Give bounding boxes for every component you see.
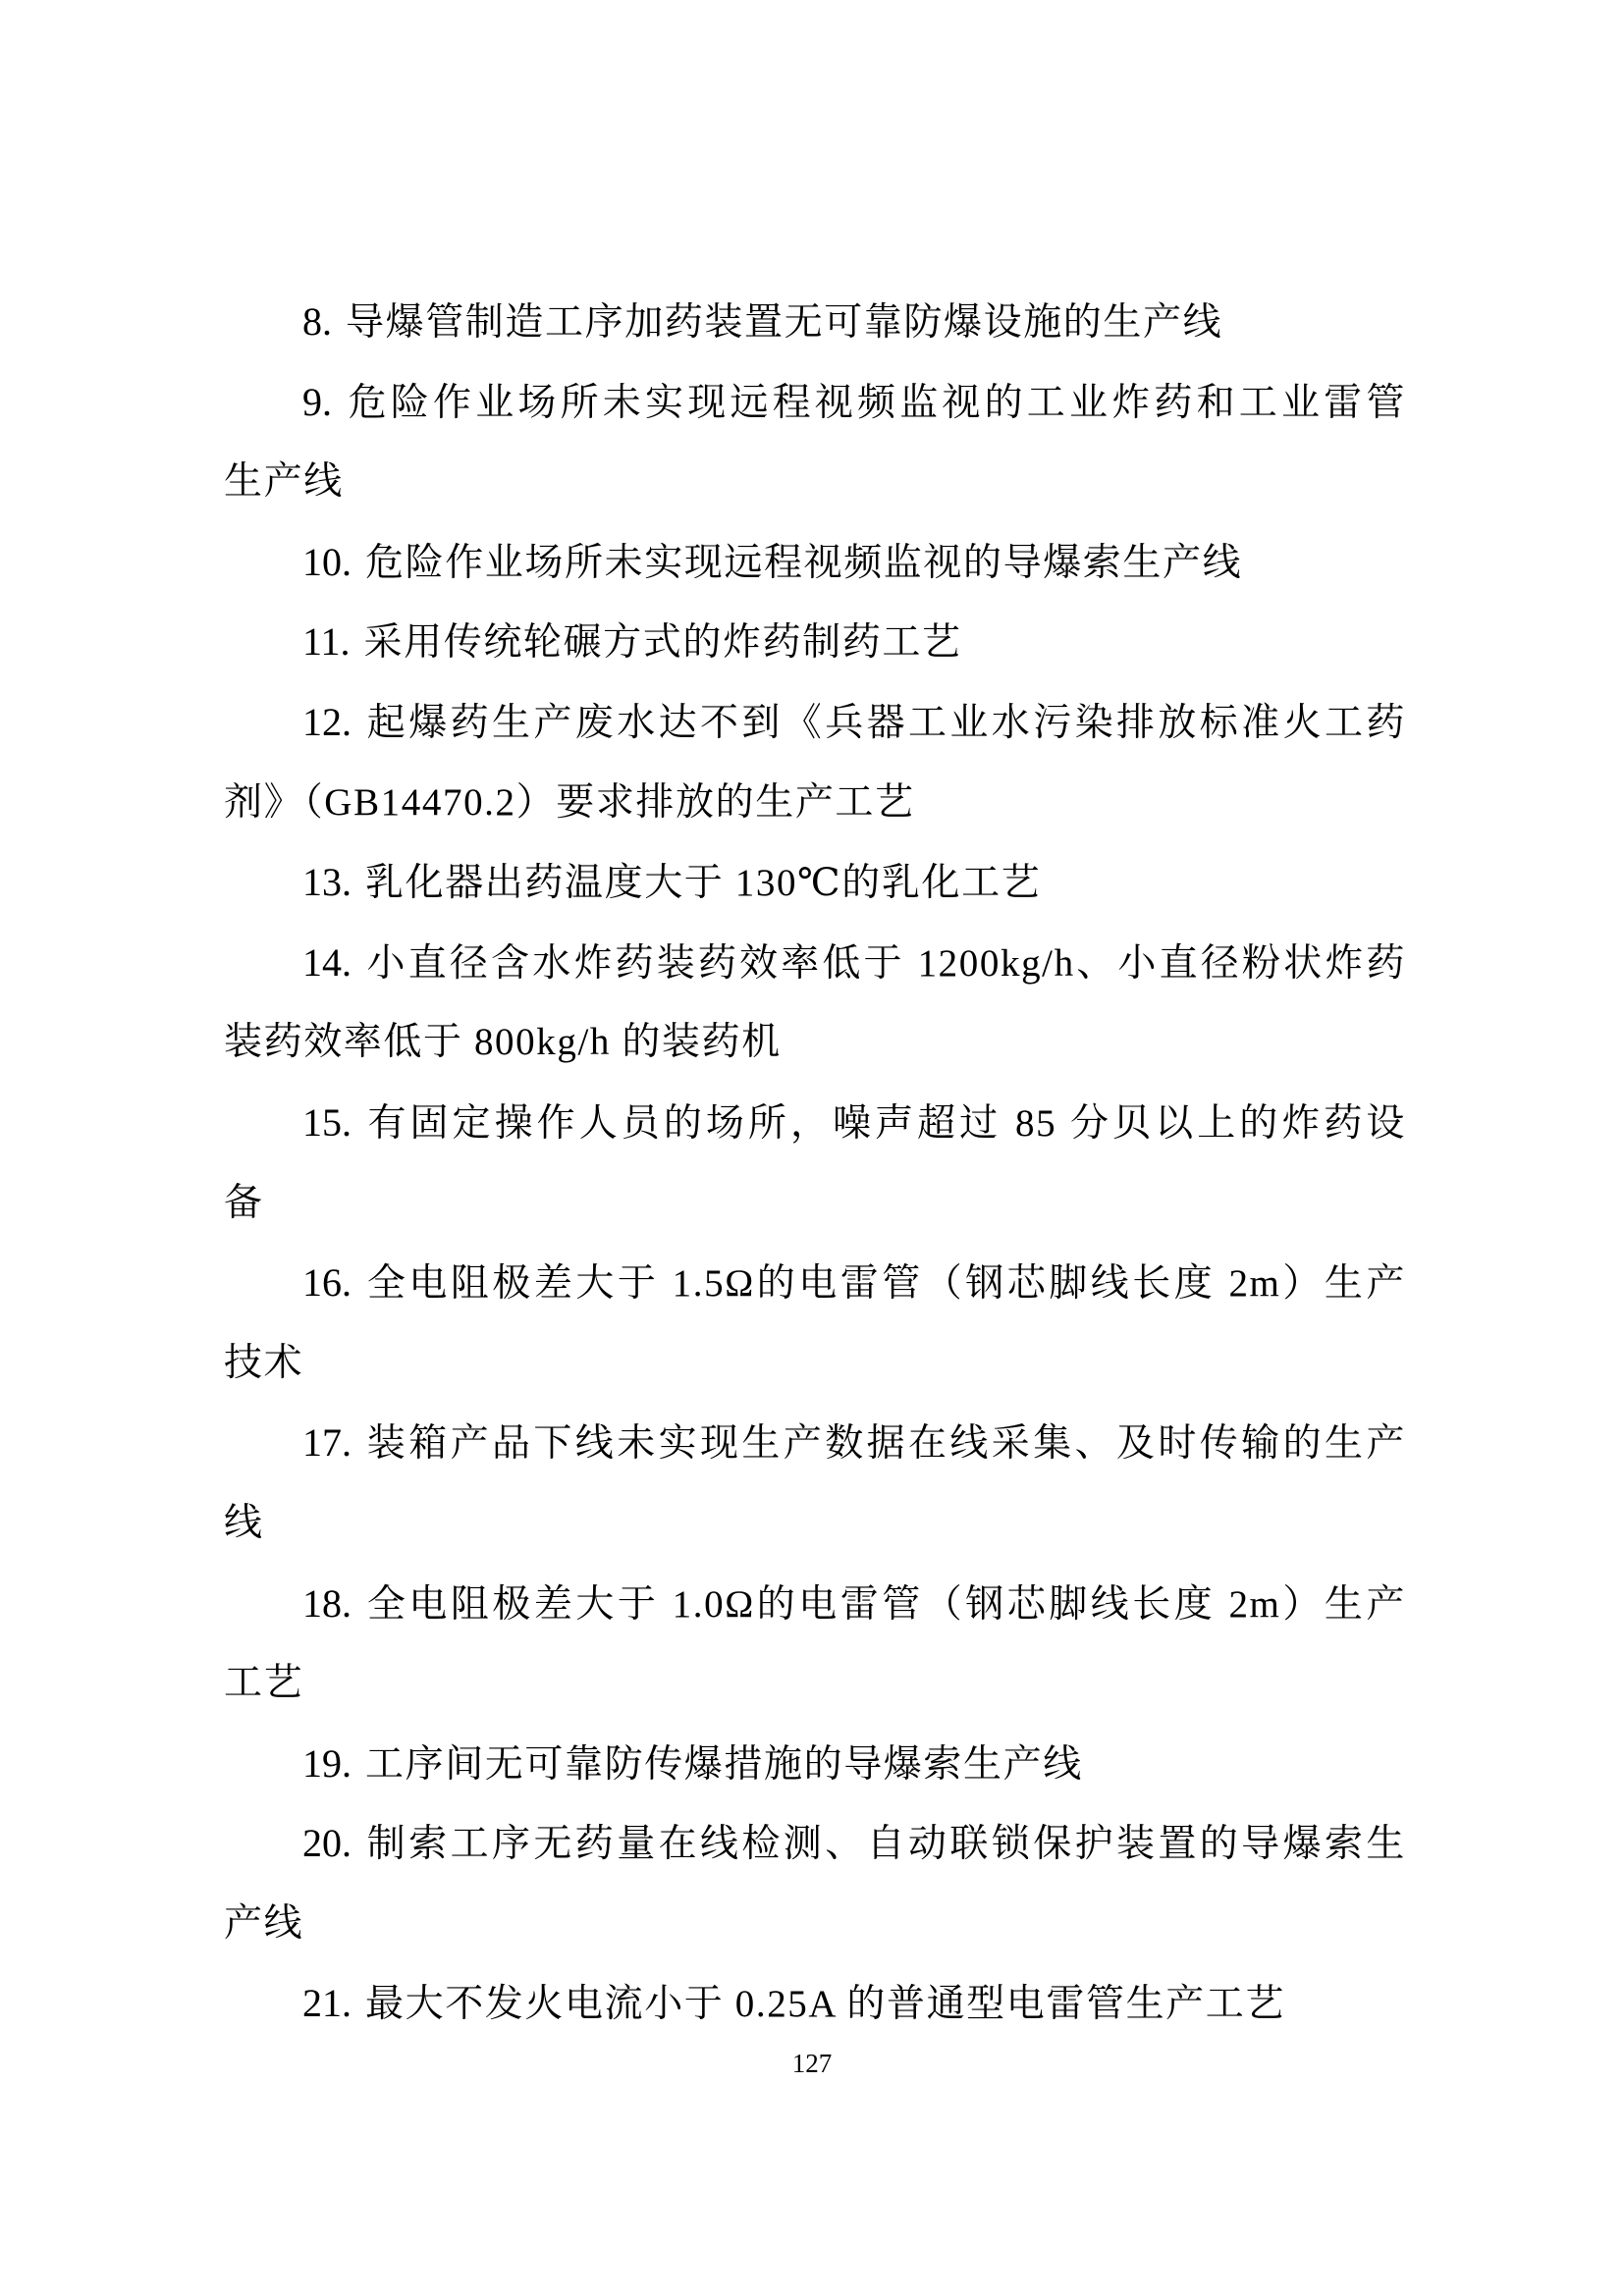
list-item-18-continuation: 工艺 [224, 1643, 1406, 1724]
list-item-11: 11.采用传统轮碾方式的炸药制药工艺 [224, 602, 1406, 682]
item-number: 20. [302, 1803, 352, 1884]
item-number: 11. [302, 602, 351, 682]
item-number: 14. [302, 923, 352, 1003]
item-number: 13. [302, 842, 352, 923]
item-text: 乳化器出药温度大于 130℃的乳化工艺 [365, 862, 1041, 904]
item-text: 全电阻极差大于 1.0Ω的电雷管（钢芯脚线长度 2m）生产 [365, 1583, 1406, 1626]
list-item-20-continuation: 产线 [224, 1884, 1406, 1964]
list-body: 8.导爆管制造工序加药装置无可靠防爆设施的生产线 9.危险作业场所未实现远程视频… [224, 282, 1406, 2044]
item-text: 起爆药生产废水达不到《兵器工业水污染排放标准火工药 [365, 702, 1406, 744]
item-text: 工序间无可靠防传爆措施的导爆索生产线 [365, 1743, 1083, 1786]
item-text: 制索工序无药量在线检测、自动联锁保护装置的导爆索生 [365, 1823, 1406, 1865]
item-number: 10. [302, 522, 352, 603]
item-text: 有固定操作人员的场所，噪声超过 85 分贝以上的炸药设 [365, 1102, 1406, 1145]
list-item-9-continuation: 生产线 [224, 442, 1406, 522]
document-page: 8.导爆管制造工序加药装置无可靠防爆设施的生产线 9.危险作业场所未实现远程视频… [0, 0, 1624, 2296]
item-text: 导爆管制造工序加药装置无可靠防爆设施的生产线 [346, 301, 1222, 344]
list-item-20: 20.制索工序无药量在线检测、自动联锁保护装置的导爆索生 [224, 1803, 1406, 1884]
list-item-10: 10.危险作业场所未实现远程视频监视的导爆索生产线 [224, 522, 1406, 603]
item-number: 15. [302, 1083, 352, 1163]
list-item-12-continuation: 剂》（GB14470.2）要求排放的生产工艺 [224, 763, 1406, 843]
list-item-8: 8.导爆管制造工序加药装置无可靠防爆设施的生产线 [224, 282, 1406, 362]
list-item-14-continuation: 装药效率低于 800kg/h 的装药机 [224, 1002, 1406, 1083]
list-item-14: 14.小直径含水炸药装药效率低于 1200kg/h、小直径粉状炸药 [224, 923, 1406, 1003]
item-text: 最大不发火电流小于 0.25A 的普通型电雷管生产工艺 [365, 1983, 1285, 2025]
item-text: 采用传统轮碾方式的炸药制药工艺 [364, 621, 962, 664]
item-number: 17. [302, 1403, 352, 1483]
list-item-15: 15.有固定操作人员的场所，噪声超过 85 分贝以上的炸药设 [224, 1083, 1406, 1163]
page-number: 127 [0, 2044, 1624, 2083]
item-text: 小直径含水炸药装药效率低于 1200kg/h、小直径粉状炸药 [365, 942, 1406, 985]
item-number: 16. [302, 1243, 352, 1323]
item-text: 危险作业场所未实现远程视频监视的工业炸药和工业雷管 [346, 382, 1406, 424]
item-number: 12. [302, 682, 352, 763]
list-item-17: 17.装箱产品下线未实现生产数据在线采集、及时传输的生产 [224, 1403, 1406, 1483]
list-item-9: 9.危险作业场所未实现远程视频监视的工业炸药和工业雷管 [224, 362, 1406, 443]
item-number: 9. [302, 362, 332, 443]
list-item-17-continuation: 线 [224, 1483, 1406, 1564]
item-number: 18. [302, 1564, 352, 1644]
item-text: 全电阻极差大于 1.5Ω的电雷管（钢芯脚线长度 2m）生产 [365, 1262, 1406, 1305]
list-item-18: 18.全电阻极差大于 1.0Ω的电雷管（钢芯脚线长度 2m）生产 [224, 1564, 1406, 1644]
item-number: 8. [302, 282, 332, 362]
list-item-19: 19.工序间无可靠防传爆措施的导爆索生产线 [224, 1724, 1406, 1804]
item-text: 危险作业场所未实现远程视频监视的导爆索生产线 [365, 542, 1242, 584]
item-number: 21. [302, 1963, 352, 2044]
list-item-12: 12.起爆药生产废水达不到《兵器工业水污染排放标准火工药 [224, 682, 1406, 763]
list-item-13: 13.乳化器出药温度大于 130℃的乳化工艺 [224, 842, 1406, 923]
item-text: 装箱产品下线未实现生产数据在线采集、及时传输的生产 [365, 1422, 1406, 1465]
list-item-15-continuation: 备 [224, 1163, 1406, 1244]
list-item-16-continuation: 技术 [224, 1323, 1406, 1404]
item-number: 19. [302, 1724, 352, 1804]
list-item-21: 21.最大不发火电流小于 0.25A 的普通型电雷管生产工艺 [224, 1963, 1406, 2044]
list-item-16: 16.全电阻极差大于 1.5Ω的电雷管（钢芯脚线长度 2m）生产 [224, 1243, 1406, 1323]
